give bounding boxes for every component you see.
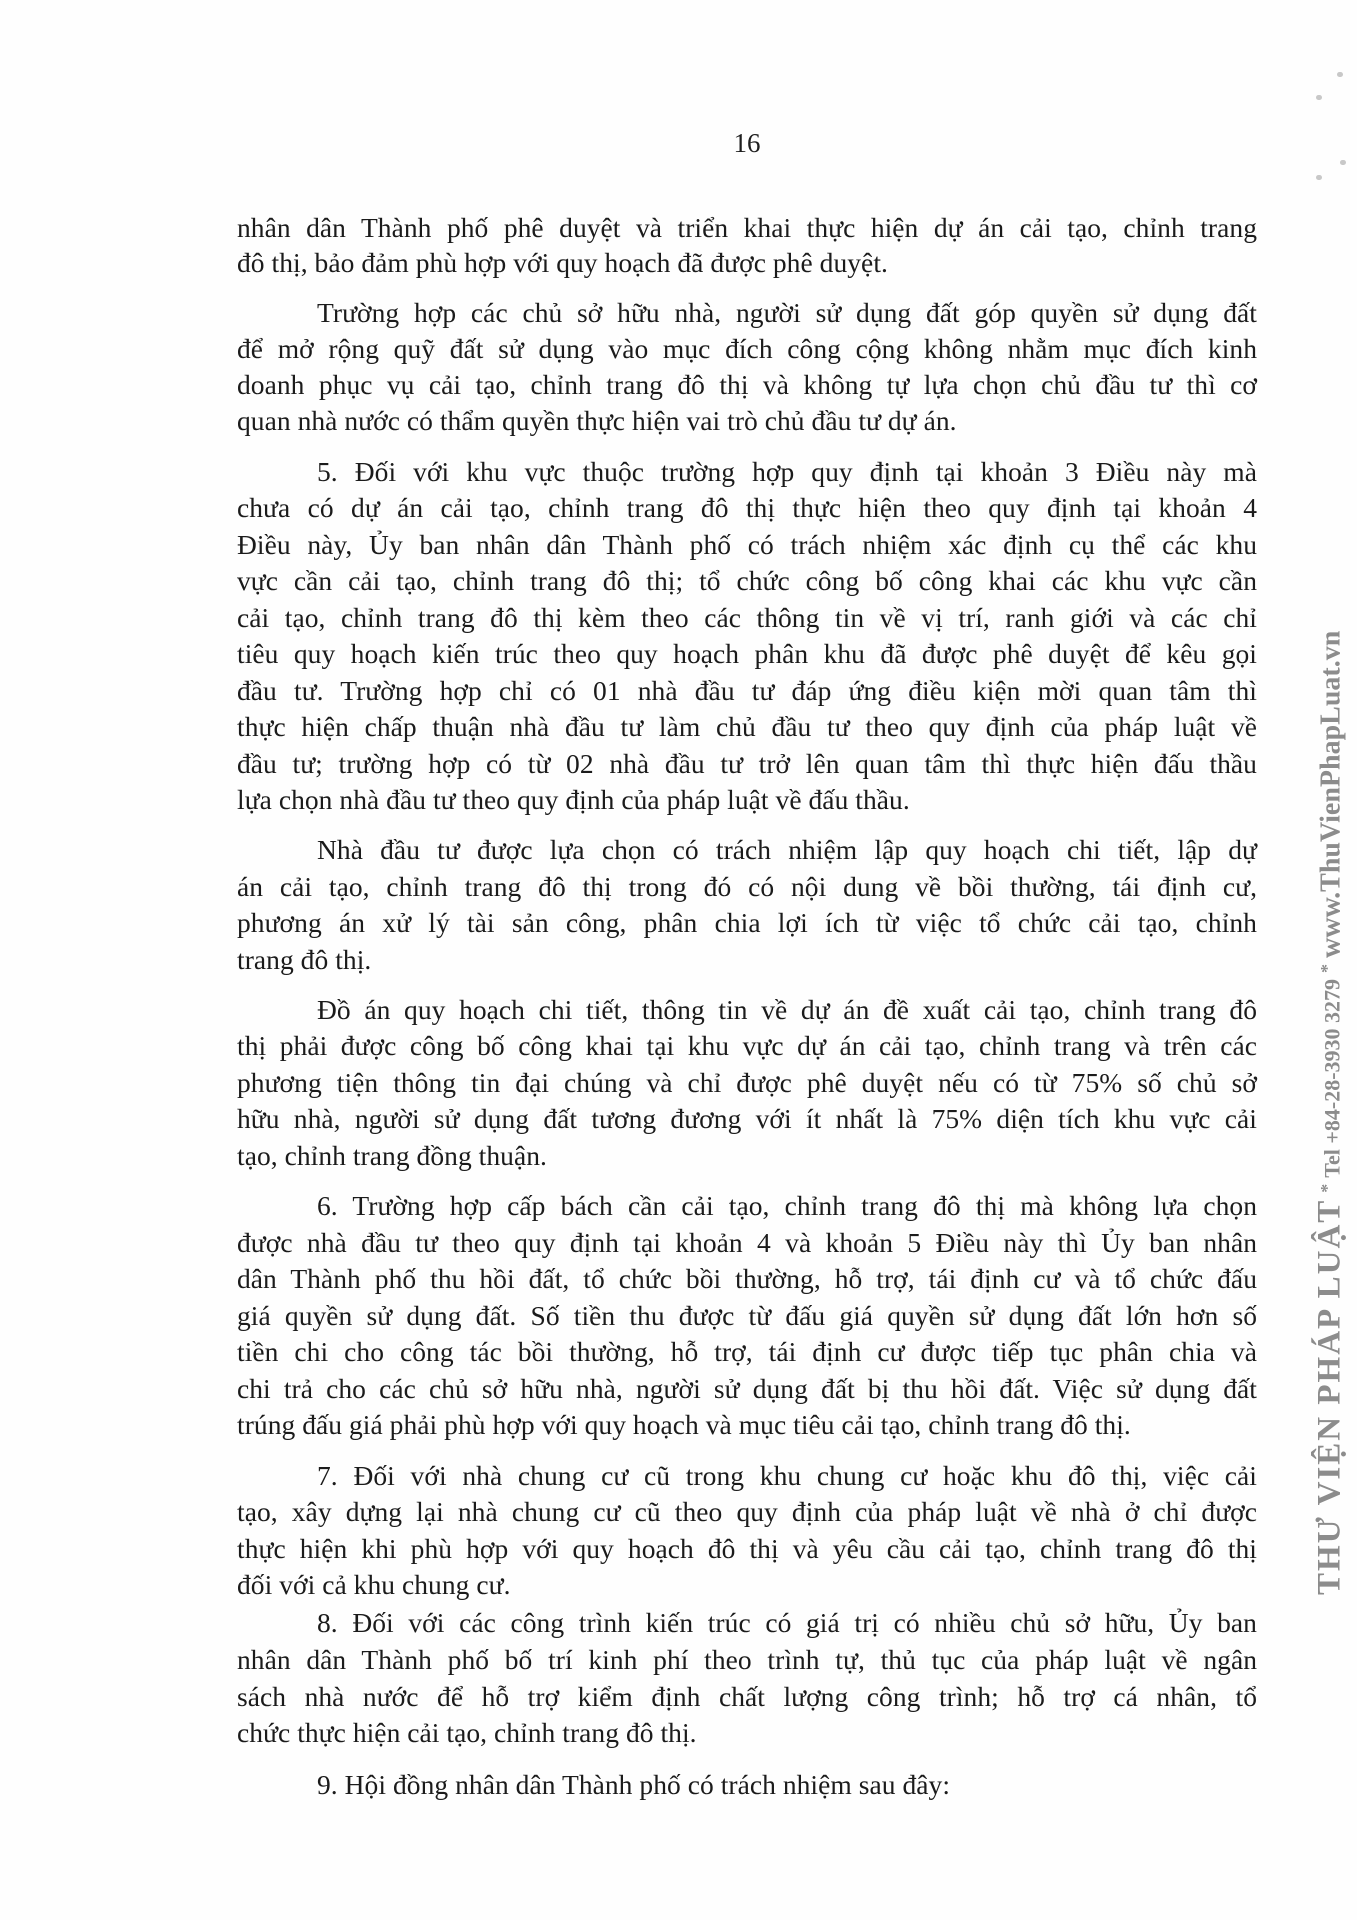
text-line: chi trả cho các chủ sở hữu nhà, người sử… (237, 1371, 1257, 1407)
text-line: lựa chọn nhà đầu tư theo quy định của ph… (237, 782, 1257, 818)
watermark-brand: THƯ VIỆN PHÁP LUẬT (1311, 1199, 1347, 1595)
text-line: để mở rộng quỹ đất sử dụng vào mục đích … (237, 331, 1257, 367)
text-line: trang đô thị. (237, 942, 1257, 978)
text-line: doanh phục vụ cải tạo, chỉnh trang đô th… (237, 367, 1257, 403)
text-line: Nhà đầu tư được lựa chọn có trách nhiệm … (317, 832, 1257, 868)
text-line: cải tạo, chỉnh trang đô thị kèm theo các… (237, 600, 1257, 636)
text-line: đầu tư. Trường hợp chỉ có 01 nhà đầu tư … (237, 673, 1257, 709)
watermark-star-icon: * (1317, 964, 1337, 973)
text-line: quan nhà nước có thẩm quyền thực hiện va… (237, 403, 1257, 439)
text-line: đối với cả khu chung cư. (237, 1567, 1257, 1603)
watermark-tel: Tel +84-28-3930 3279 (1319, 979, 1344, 1178)
text-line: đô thị, bảo đảm phù hợp với quy hoạch đã… (237, 245, 1257, 281)
text-line: phương án xử lý tài sản công, phân chia … (237, 905, 1257, 941)
text-line: nhân dân Thành phố phê duyệt và triển kh… (237, 210, 1257, 246)
watermark-url: www.ThuVienPhapLuat.vn (1315, 631, 1346, 958)
text-line: thị phải được công bố công khai tại khu … (237, 1028, 1257, 1064)
text-line: sách nhà nước để hỗ trợ kiểm định chất l… (237, 1679, 1257, 1715)
text-line: Đồ án quy hoạch chi tiết, thông tin về d… (317, 992, 1257, 1028)
text-line: tiền chi cho công tác bồi thường, hỗ trợ… (237, 1334, 1257, 1370)
text-line: đầu tư; trường hợp có từ 02 nhà đầu tư t… (237, 746, 1257, 782)
text-line: vực cần cải tạo, chỉnh trang đô thị; tổ … (237, 563, 1257, 599)
scan-speck (1337, 72, 1343, 77)
watermark-star-icon: * (1317, 1184, 1337, 1193)
text-line: trúng đấu giá phải phù hợp với quy hoạch… (237, 1407, 1257, 1443)
document-page: 16 nhân dân Thành phố phê duyệt và triển… (0, 0, 1357, 1920)
text-line: Điều này, Ủy ban nhân dân Thành phố có t… (237, 527, 1257, 563)
text-line: chưa có dự án cải tạo, chỉnh trang đô th… (237, 490, 1257, 526)
text-line: phương tiện thông tin đại chúng và chỉ đ… (237, 1065, 1257, 1101)
text-line: tạo, xây dựng lại nhà chung cư cũ theo q… (237, 1494, 1257, 1530)
scan-speck (1316, 175, 1322, 180)
text-line: 5. Đối với khu vực thuộc trường hợp quy … (317, 454, 1257, 490)
text-line: tạo, chỉnh trang đồng thuận. (237, 1138, 1257, 1174)
text-line: dân Thành phố thu hồi đất, tổ chức bồi t… (237, 1261, 1257, 1297)
text-line: nhân dân Thành phố bố trí kinh phí theo … (237, 1642, 1257, 1678)
text-line: giá quyền sử dụng đất. Số tiền thu được … (237, 1298, 1257, 1334)
text-line: được nhà đầu tư theo quy định tại khoản … (237, 1225, 1257, 1261)
text-line: 8. Đối với các công trình kiến trúc có g… (317, 1605, 1257, 1641)
text-line: 7. Đối với nhà chung cư cũ trong khu chu… (317, 1458, 1257, 1494)
text-line: chức thực hiện cải tạo, chỉnh trang đô t… (237, 1715, 1257, 1751)
text-line: 9. Hội đồng nhân dân Thành phố có trách … (317, 1767, 1257, 1803)
watermark: THƯ VIỆN PHÁP LUẬT*Tel +84-28-3930 3279*… (1302, 395, 1352, 1595)
page-number: 16 (700, 128, 794, 159)
text-line: thực hiện chấp thuận nhà đầu tư làm chủ … (237, 709, 1257, 745)
text-line: hữu nhà, người sử dụng đất tương đương v… (237, 1101, 1257, 1137)
scan-speck (1316, 95, 1322, 100)
text-line: Trường hợp các chủ sở hữu nhà, người sử … (317, 295, 1257, 331)
text-line: tiêu quy hoạch kiến trúc theo quy hoạch … (237, 636, 1257, 672)
text-line: thực hiện khi phù hợp với quy hoạch đô t… (237, 1531, 1257, 1567)
text-line: án cải tạo, chỉnh trang đô thị trong đó … (237, 869, 1257, 905)
text-line: 6. Trường hợp cấp bách cần cải tạo, chỉn… (317, 1188, 1257, 1224)
scan-speck (1340, 160, 1346, 165)
